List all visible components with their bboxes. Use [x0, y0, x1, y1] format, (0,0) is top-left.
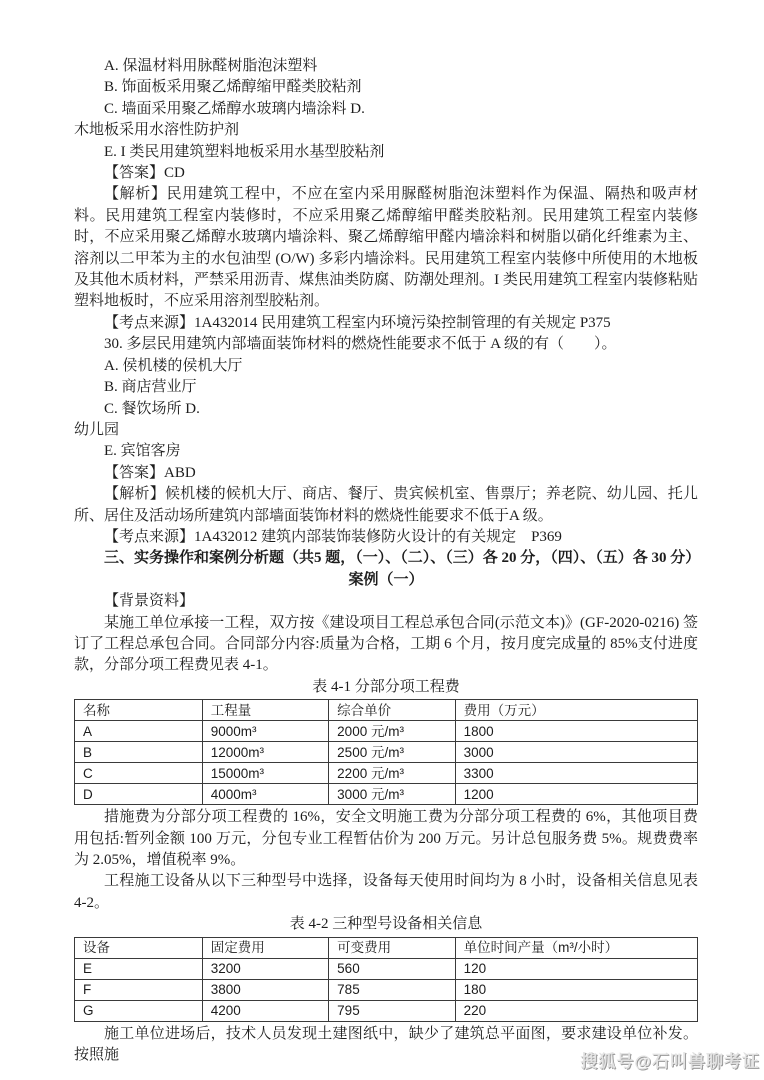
table-row: F 3800 785 180: [75, 979, 698, 1000]
q29-answer-line: 【答案】CD: [74, 163, 698, 184]
table-cell: A: [75, 721, 203, 742]
q30-option-c: C. 餐饮场所 D.: [74, 399, 698, 420]
table-cell: 4000m³: [202, 784, 328, 805]
q30-source-line: 【考点来源】1A432012 建筑内部装饰装修防火设计的有关规定 P369: [74, 527, 698, 548]
q30-stem: 30. 多层民用建筑内部墙面装饰材料的燃烧性能要求不低于 A 级的有（ ）。: [74, 334, 698, 355]
table-cell: 4200: [202, 1000, 328, 1021]
table-header-cell: 可变费用: [329, 937, 455, 958]
background-paragraph-2: 措施费为分部分项工程费的 16%，安全文明施工费为分部分项工程费的 6%，其他项…: [74, 807, 698, 871]
table-header-cell: 工程量: [202, 700, 328, 721]
table-cell: 2500 元/m³: [329, 742, 455, 763]
q29-option-d-continuation: 木地板采用水溶性防护剂: [74, 120, 698, 141]
q30-option-d-continuation: 幼儿园: [74, 420, 698, 441]
q30-answer-line: 【答案】ABD: [74, 463, 698, 484]
q29-option-c: C. 墙面采用聚乙烯醇水玻璃内墙涂料 D.: [74, 99, 698, 120]
table-row: A 9000m³ 2000 元/m³ 1800: [75, 721, 698, 742]
q29-source-line: 【考点来源】1A432014 民用建筑工程室内环境污染控制管理的有关规定 P37…: [74, 313, 698, 334]
table-cell: D: [75, 784, 203, 805]
table-header-cell: 费用（万元）: [455, 700, 697, 721]
table-cell: C: [75, 763, 203, 784]
table-header-cell: 设备: [75, 937, 203, 958]
q30-option-a: A. 侯机楼的侯机大厅: [74, 356, 698, 377]
q29-analysis-paragraph: 【解析】民用建筑工程中，不应在室内采用脲醛树脂泡沫塑料作为保温、隔热和吸声材料。…: [74, 184, 698, 312]
table-row: D 4000m³ 3000 元/m³ 1200: [75, 784, 698, 805]
table-cell: 3800: [202, 979, 328, 1000]
table-cell: E: [75, 958, 203, 979]
table-cell: F: [75, 979, 203, 1000]
q29-option-e: E. I 类民用建筑塑料地板采用水基型胶粘剂: [74, 142, 698, 163]
table1-caption: 表 4-1 分部分项工程费: [74, 677, 698, 698]
q29-option-b: B. 饰面板采用聚乙烯醇缩甲醛类胶粘剂: [74, 77, 698, 98]
table-cell: 180: [455, 979, 697, 1000]
table-header-cell: 名称: [75, 700, 203, 721]
table-header-cell: 单位时间产量（m³/小时）: [455, 937, 697, 958]
table-row: E 3200 560 120: [75, 958, 698, 979]
table-header-row: 设备 固定费用 可变费用 单位时间产量（m³/小时）: [75, 937, 698, 958]
table-cell: 1200: [455, 784, 697, 805]
table-cell: 560: [329, 958, 455, 979]
table-cell: B: [75, 742, 203, 763]
table-cell: 120: [455, 958, 697, 979]
table-cell: 1800: [455, 721, 697, 742]
background-paragraph-1: 某施工单位承接一工程，双方按《建设项目工程总承包合同(示范文本)》(GF-202…: [74, 613, 698, 677]
table-cell: 3300: [455, 763, 697, 784]
background-label: 【背景资料】: [74, 591, 698, 612]
q29-option-a: A. 保温材料用脉醛树脂泡沫塑料: [74, 56, 698, 77]
table-header-row: 名称 工程量 综合单价 费用（万元）: [75, 700, 698, 721]
section-heading: 三、实务操作和案例分析题（共5 题，（一）、（二）、（三）各 20 分，（四）、…: [74, 548, 698, 569]
q30-option-e: E. 宾馆客房: [74, 441, 698, 462]
table-cell: 2000 元/m³: [329, 721, 455, 742]
exam-document-page: A. 保温材料用脉醛树脂泡沫塑料 B. 饰面板采用聚乙烯醇缩甲醛类胶粘剂 C. …: [0, 0, 764, 1066]
table-cell: 3200: [202, 958, 328, 979]
table-cell: 3000: [455, 742, 697, 763]
table2-caption: 表 4-2 三种型号设备相关信息: [74, 914, 698, 935]
q30-analysis-paragraph: 【解析】候机楼的候机大厅、商店、餐厅、贵宾候机室、售票厅；养老院、幼儿园、托儿 …: [74, 484, 698, 527]
table-cell: 3000 元/m³: [329, 784, 455, 805]
table-cell: 12000m³: [202, 742, 328, 763]
q30-option-b: B. 商店营业厅: [74, 377, 698, 398]
table-cell: 785: [329, 979, 455, 1000]
table-cell: 795: [329, 1000, 455, 1021]
table-row: C 15000m³ 2200 元/m³ 3300: [75, 763, 698, 784]
table-header-cell: 固定费用: [202, 937, 328, 958]
table-cell: 2200 元/m³: [329, 763, 455, 784]
table-header-cell: 综合单价: [329, 700, 455, 721]
table-cell: 9000m³: [202, 721, 328, 742]
table-row: G 4200 795 220: [75, 1000, 698, 1021]
equipment-table: 设备 固定费用 可变费用 单位时间产量（m³/小时） E 3200 560 12…: [74, 937, 698, 1022]
table-cell: 220: [455, 1000, 697, 1021]
watermark: 搜狐号@石叫兽聊考证: [580, 1047, 760, 1072]
background-paragraph-3: 工程施工设备从以下三种型号中选择，设备每天使用时间均为 8 小时，设备相关信息见…: [74, 871, 698, 914]
cost-table: 名称 工程量 综合单价 费用（万元） A 9000m³ 2000 元/m³ 18…: [74, 699, 698, 805]
table-cell: G: [75, 1000, 203, 1021]
case-title: 案例（一）: [74, 570, 698, 591]
table-cell: 15000m³: [202, 763, 328, 784]
table-row: B 12000m³ 2500 元/m³ 3000: [75, 742, 698, 763]
